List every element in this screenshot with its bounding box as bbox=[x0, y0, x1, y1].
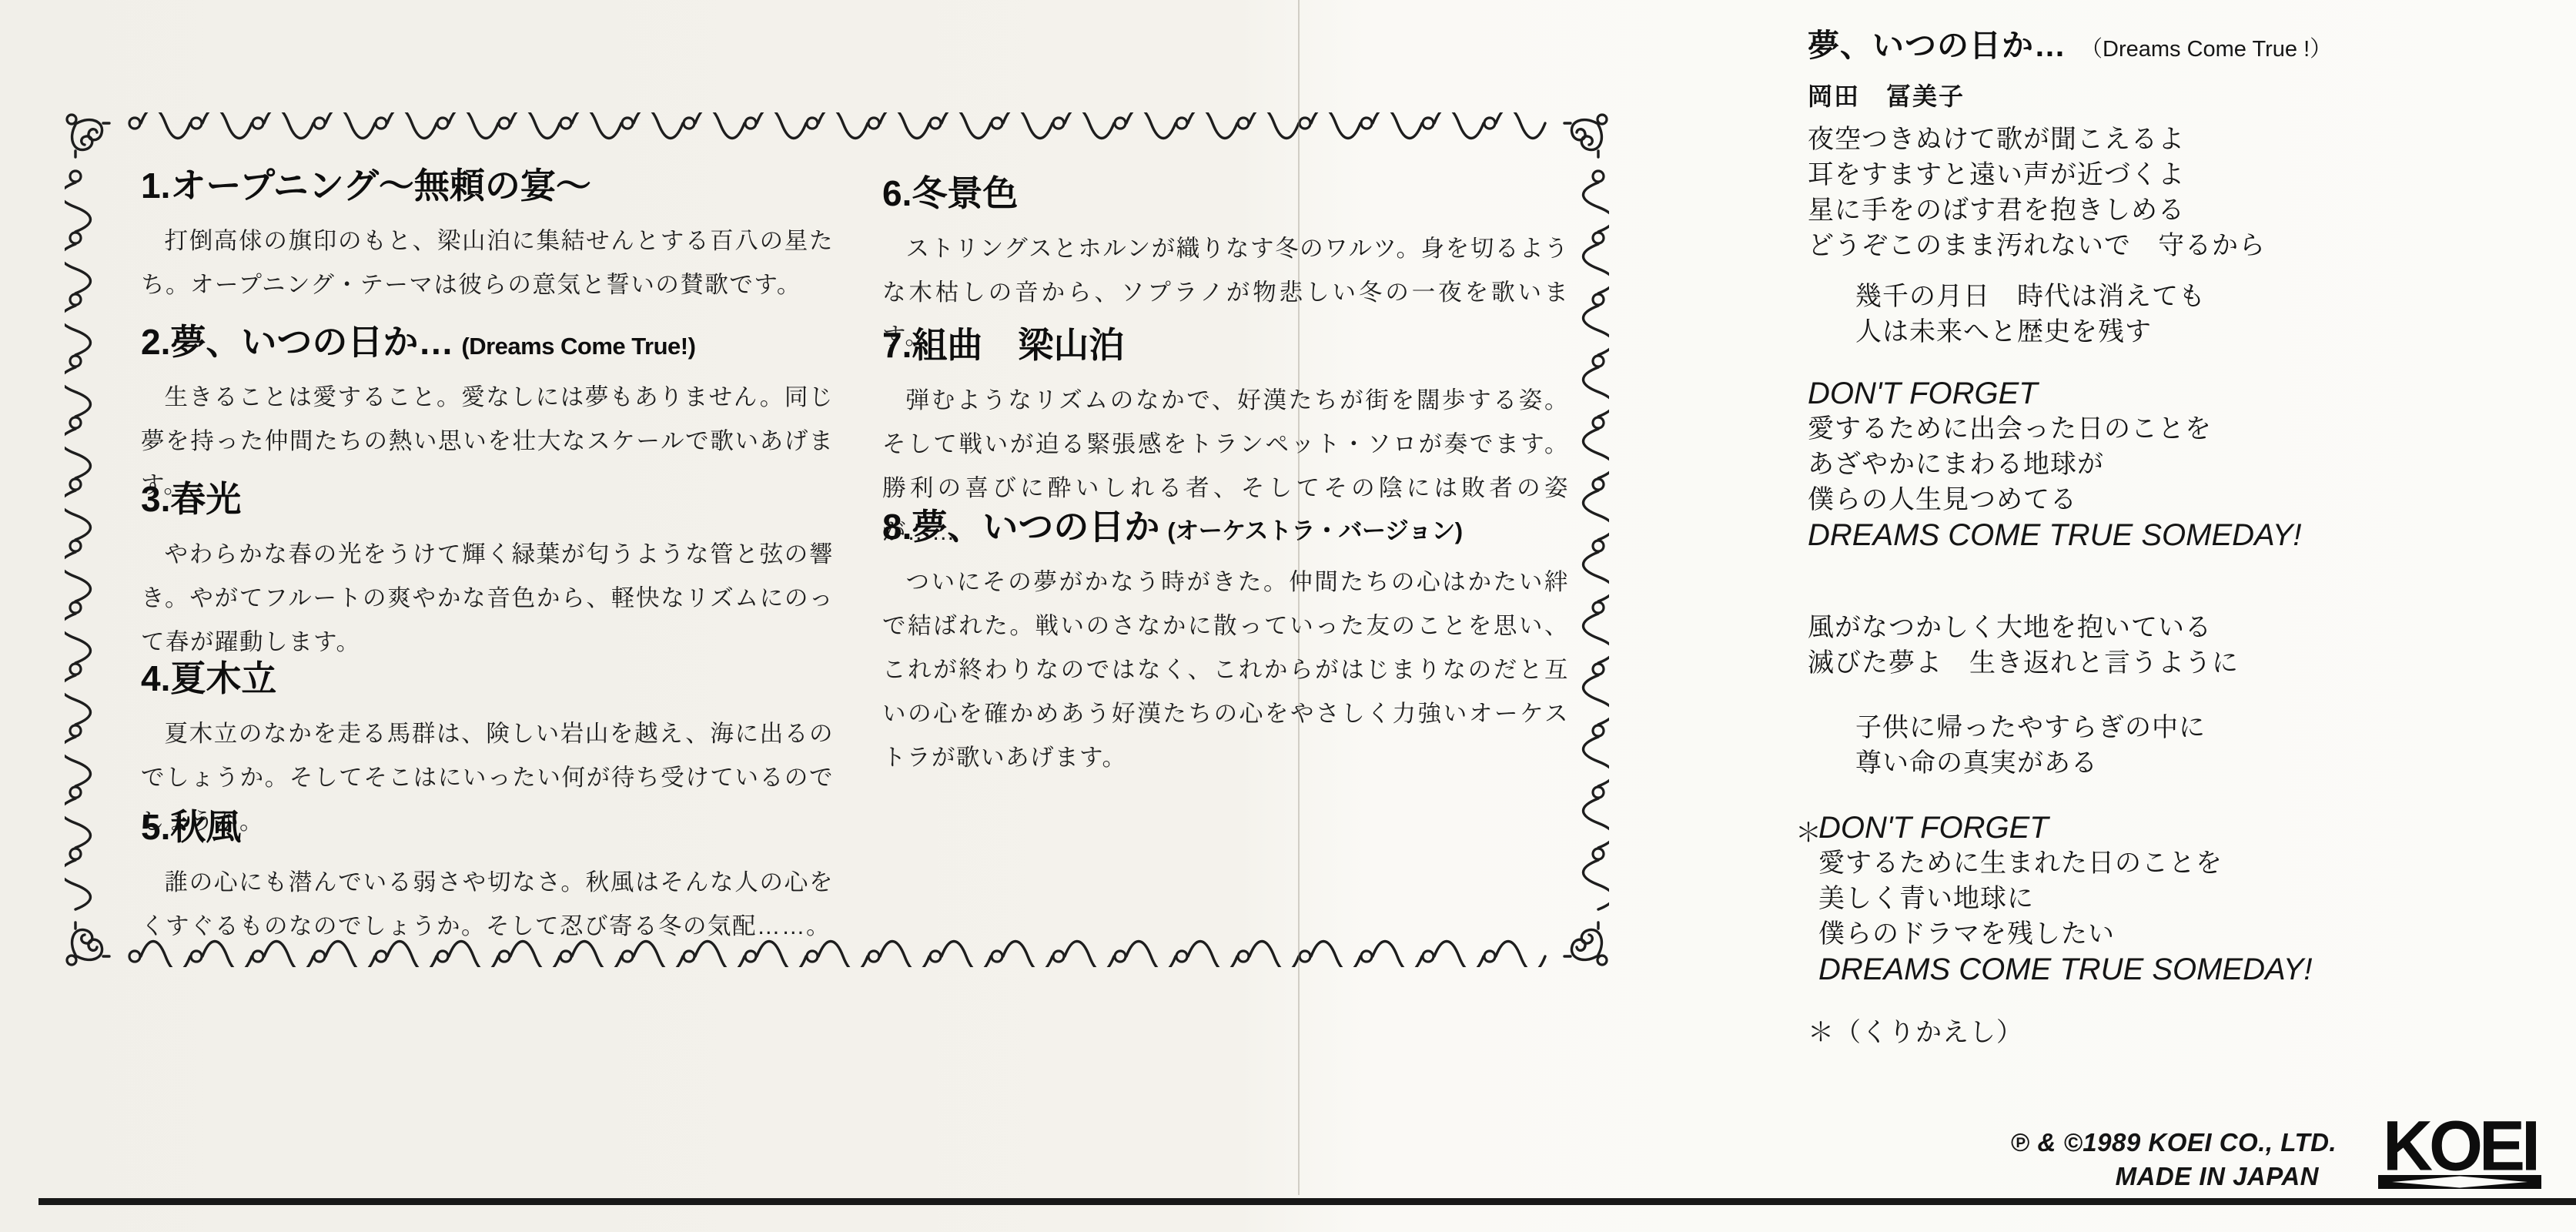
lyrics-verse-refrain: ＊ DON'T FORGET 愛するために生まれた日のことを 美しく青い地球に … bbox=[1818, 810, 2313, 987]
lyric-line: DON'T FORGET bbox=[1808, 376, 2302, 411]
lyrics-verse: 夜空つきぬけて歌が聞こえるよ 耳をすますと遠い声が近づくよ 星に手をのばす君を抱… bbox=[1808, 122, 2266, 263]
track-item: 8.夢、いつの日か(オーケストラ・バージョン) ついにその夢がかなう時がきた。仲… bbox=[882, 499, 1569, 780]
page-fold-line bbox=[1298, 0, 1300, 1195]
repeat-asterisk: ＊ bbox=[1808, 1018, 1835, 1047]
repeat-instruction: ＊（くりかえし） bbox=[1808, 1015, 2023, 1050]
lyric-line: DREAMS COME TRUE SOMEDAY! bbox=[1818, 952, 2313, 987]
track-name: 夢、いつの日か bbox=[912, 507, 1159, 547]
track-name: 春光 bbox=[170, 479, 241, 519]
track-item: 1.オープニング～無頼の宴～ 打倒高俅の旗印のもと、梁山泊に集結せんとする百八の… bbox=[141, 158, 834, 307]
track-number: 7. bbox=[882, 325, 912, 365]
lyric-line: 風がなつかしく大地を抱いている bbox=[1808, 610, 2239, 645]
lyric-line: あざやかにまわる地球が bbox=[1808, 447, 2302, 482]
track-number: 5. bbox=[141, 807, 170, 847]
lyric-line: 夜空つきぬけて歌が聞こえるよ bbox=[1808, 122, 2266, 157]
cd-liner-notes-scan: { "tracklist": { "tracks": [ { "num": "1… bbox=[0, 0, 2576, 1232]
lyric-line: 滅びた夢よ 生き返れと言うように bbox=[1808, 645, 2239, 681]
song-title-japanese: 夢、いつの日か… bbox=[1808, 28, 2066, 63]
song-title: 夢、いつの日か…（Dreams Come True !） bbox=[1808, 20, 2562, 65]
track-title: 7.組曲 梁山泊 bbox=[882, 317, 1569, 368]
copyright-notice: ℗ & ©1989 KOEI CO., LTD. MADE IN JAPAN bbox=[2011, 1126, 2319, 1193]
song-title-english: （Dreams Come True !） bbox=[2080, 37, 2332, 62]
lyrics-verse: DON'T FORGET 愛するために出会った日のことを あざやかにまわる地球が… bbox=[1808, 376, 2302, 553]
lyric-line: 幾千の月日 時代は消えても bbox=[1855, 279, 2206, 314]
track-number: 2. bbox=[141, 322, 170, 362]
track-name: オープニング～無頼の宴～ bbox=[170, 166, 590, 206]
koei-logo: KOEI bbox=[2377, 1118, 2542, 1193]
lyric-line: 人は未来へと歴史を残す bbox=[1855, 314, 2206, 350]
lyrics-verse: 風がなつかしく大地を抱いている 滅びた夢よ 生き返れと言うように bbox=[1808, 610, 2239, 681]
lyric-line: DON'T FORGET bbox=[1818, 810, 2313, 845]
track-name: 組曲 梁山泊 bbox=[912, 325, 1124, 365]
track-description: 誰の心にも潜んでいる弱さや切なさ。秋風はそんな人の心をくすぐるものなのでしょうか… bbox=[141, 861, 834, 949]
track-title: 3.春光 bbox=[141, 471, 834, 522]
track-description: ついにその夢がかなう時がきた。仲間たちの心はかたい絆で結ばれた。戦いのさなかに散… bbox=[882, 561, 1569, 780]
scan-edge-line bbox=[38, 1198, 2576, 1205]
track-suffix: (オーケストラ・バージョン) bbox=[1167, 517, 1462, 544]
lyric-line: 愛するために出会った日のことを bbox=[1808, 411, 2302, 447]
lyrics-panel: 夢、いつの日か…（Dreams Come True !） 岡田 冨美子 夜空つき… bbox=[1808, 20, 2562, 65]
made-in-japan-line: MADE IN JAPAN bbox=[2011, 1160, 2319, 1193]
track-title: 4.夏木立 bbox=[141, 651, 834, 701]
track-description: やわらかな春の光をうけて輝く緑葉が匂うような管と弦の響き。やがてフルートの爽やか… bbox=[141, 533, 834, 665]
track-number: 6. bbox=[882, 173, 912, 213]
koei-logo-text: KOEI bbox=[2377, 1117, 2542, 1175]
track-name: 秋風 bbox=[170, 807, 241, 847]
lyric-line: 尊い命の真実がある bbox=[1855, 745, 2206, 781]
track-title: 2.夢、いつの日か…(Dreams Come True!) bbox=[141, 314, 834, 365]
track-title: 1.オープニング～無頼の宴～ bbox=[141, 158, 834, 209]
repeat-text: （くりかえし） bbox=[1835, 1018, 2023, 1047]
track-title: 8.夢、いつの日か(オーケストラ・バージョン) bbox=[882, 499, 1569, 550]
lyric-line: DREAMS COME TRUE SOMEDAY! bbox=[1808, 517, 2302, 553]
track-title: 5.秋風 bbox=[141, 799, 834, 850]
track-suffix: (Dreams Come True!) bbox=[461, 333, 695, 360]
track-number: 3. bbox=[141, 479, 170, 519]
lyric-line: 美しく青い地球に bbox=[1818, 881, 2313, 916]
track-title: 6.冬景色 bbox=[882, 166, 1569, 216]
lyrics-verse: 幾千の月日 時代は消えても 人は未来へと歴史を残す bbox=[1808, 279, 2206, 350]
lyricist-name: 岡田 冨美子 bbox=[1808, 77, 1965, 112]
copyright-line: ℗ & ©1989 KOEI CO., LTD. bbox=[2011, 1126, 2319, 1160]
lyrics-verse: 子供に帰ったやすらぎの中に 尊い命の真実がある bbox=[1808, 710, 2206, 781]
lyric-line: 耳をすますと遠い声が近づくよ bbox=[1808, 157, 2266, 192]
track-description: 打倒高俅の旗印のもと、梁山泊に集結せんとする百八の星たち。オープニング・テーマは… bbox=[141, 219, 834, 307]
lyric-line: 子供に帰ったやすらぎの中に bbox=[1855, 710, 2206, 745]
lyric-line: 僕らのドラマを残したい bbox=[1818, 916, 2313, 952]
track-item: 5.秋風 誰の心にも潜んでいる弱さや切なさ。秋風はそんな人の心をくすぐるものなの… bbox=[141, 799, 834, 949]
refrain-asterisk: ＊ bbox=[1795, 812, 1822, 849]
lyric-line: どうぞこのまま汚れないで 守るから bbox=[1808, 228, 2266, 263]
lyric-line: 愛するために生まれた日のことを bbox=[1818, 845, 2313, 881]
lyric-line: 僕らの人生見つめてる bbox=[1808, 482, 2302, 517]
lyric-line: 星に手をのばす君を抱きしめる bbox=[1808, 192, 2266, 228]
track-name: 夏木立 bbox=[170, 658, 276, 698]
track-name: 冬景色 bbox=[912, 173, 1018, 213]
track-name: 夢、いつの日か… bbox=[170, 322, 453, 362]
track-number: 1. bbox=[141, 166, 170, 206]
track-item: 3.春光 やわらかな春の光をうけて輝く緑葉が匂うような管と弦の響き。やがてフルー… bbox=[141, 471, 834, 665]
track-number: 4. bbox=[141, 658, 170, 698]
track-number: 8. bbox=[882, 507, 912, 547]
